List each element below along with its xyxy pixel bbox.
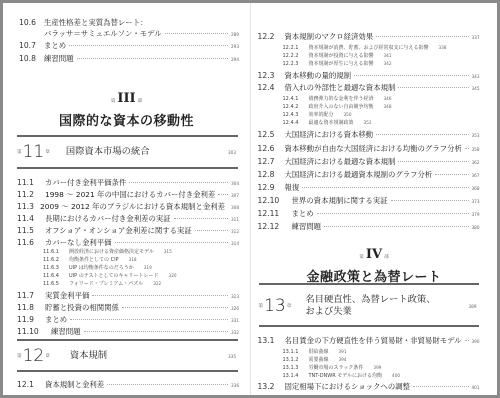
section-title: 生産性格差と実質為替レート：	[44, 17, 147, 28]
leader-dots	[77, 58, 228, 59]
leader-dots	[398, 87, 468, 88]
toc-entry-10-6[interactable]: 10.6 生産性格差と実質為替レート：	[19, 17, 239, 28]
section-title: 1998 〜 2021 年の中国におけるカバー付き金利差	[45, 189, 215, 200]
page-number: 315	[164, 249, 172, 254]
section-title: 2009 〜 2012 年のブラジルにおける資本規制と金利差	[40, 201, 225, 212]
section-number: 11.4	[17, 214, 45, 223]
section-title: 長期におけるカバー付き金利差の実証	[45, 213, 171, 224]
subsection-number: 12.4.1	[283, 96, 309, 102]
page-number: 337	[472, 35, 480, 40]
leader-dots	[115, 242, 228, 243]
toc-subentry-11-6-4[interactable]: 11.6.4UIP のテストとしてのキャリートレード320	[43, 272, 177, 279]
toc-subentry-11-6-1[interactable]: 11.6.1開放経済における資産価格決定モデル315	[43, 248, 172, 255]
page-number: 341	[384, 53, 392, 58]
toc-entry-11-7[interactable]: 11.7 実質金利平価 323	[17, 290, 239, 301]
section-number: 12.1	[17, 380, 45, 389]
divider-rule	[259, 325, 479, 327]
section-title: 資本規制と金利差	[45, 379, 104, 390]
section-number: 11.2	[17, 190, 45, 199]
toc-subentry-13-1-2[interactable]: 13.1.2需要曲線394	[283, 356, 347, 363]
page-number: 289	[231, 32, 239, 37]
leader-dots	[398, 161, 468, 162]
page-number: 293	[231, 44, 239, 49]
section-title: バラッサ＝サミュエルソン・モデル	[44, 28, 162, 39]
page-number: 346	[384, 96, 392, 101]
section-title: 借入れの外部性と最適な資本規制	[285, 82, 396, 93]
section-title: まとめ	[45, 314, 67, 325]
page-number: 350	[344, 112, 352, 117]
subsection-title: UIP は均衡条件なのだろうか	[69, 265, 134, 271]
toc-entry-12-1[interactable]: 12.1 資本規制と金利差 336	[17, 379, 239, 390]
subsection-number: 12.2.3	[283, 61, 309, 67]
page-number: 343	[472, 74, 480, 79]
section-title: まとめ	[292, 208, 314, 219]
section-number: 11.3	[17, 202, 40, 211]
part-prefix: 第	[359, 255, 364, 260]
section-title: 固定相場下におけるショックへの調整	[285, 381, 411, 392]
leader-dots	[376, 36, 468, 37]
page-number: 332	[231, 330, 239, 335]
page-number: 294	[231, 57, 239, 62]
divider-rule	[17, 370, 238, 372]
section-title: まとめ	[44, 40, 66, 51]
toc-entry-10-7[interactable]: 10.7 まとめ 293	[19, 40, 239, 51]
section-number: 12.5	[258, 130, 285, 139]
leader-dots	[302, 187, 468, 188]
subsection-number: 13.1.1	[283, 349, 309, 355]
subsection-number: 11.6.5	[43, 281, 69, 287]
leader-dots	[195, 230, 228, 231]
page-number: 312	[231, 229, 239, 234]
section-number: 10.6	[19, 18, 44, 27]
page-number: 342	[384, 61, 392, 66]
toc-entry-13-1[interactable]: 13.1 名目賃金の下方硬直性を伴う貿易財・非貿易財モデル 390	[258, 335, 480, 346]
subsection-title: UIP のテストとしてのキャリートレード	[69, 273, 159, 279]
section-number: 12.9	[258, 183, 285, 192]
page-number: 390	[472, 339, 480, 344]
part-prefix: 第	[111, 99, 116, 104]
section-number: 12.11	[258, 209, 292, 218]
section-title: カバー付き金利平価条件	[45, 177, 126, 188]
left-page: 10.6 生産性格差と実質為替レート： バラッサ＝サミュエルソン・モデル 289…	[3, 3, 251, 395]
toc-entry-12-12[interactable]: 12.12 練習問題 380	[258, 221, 480, 232]
section-number: 13.1	[258, 336, 285, 345]
section-title: 名目賃金の下方硬直性を伴う貿易財・非貿易財モデル	[285, 335, 462, 346]
subsection-number: 12.4.4	[283, 120, 309, 126]
section-number: 11.5	[17, 226, 45, 235]
section-title: 大国経済における最適資本規制のグラフ分析	[285, 169, 433, 180]
toc-subentry-12-4-3[interactable]: 12.4.3効率的配分350	[283, 111, 352, 118]
chapter-title: 国際資本市場の統合	[66, 146, 150, 158]
page-number: 380	[472, 225, 480, 230]
page-number: 311	[231, 217, 239, 222]
subsection-number: 12.2.2	[283, 53, 309, 59]
chapter-suffix: 章	[45, 353, 50, 359]
section-title: 練習問題	[44, 53, 74, 64]
toc-subentry-12-2-3[interactable]: 12.2.3資本規制が厚生に与える影響342	[283, 60, 392, 67]
toc-entry-13-2[interactable]: 13.2 固定相場下におけるショックへの調整 401	[258, 381, 480, 392]
page-number: 338	[439, 45, 447, 50]
section-number: 12.12	[258, 222, 292, 231]
chapter-prefix: 第	[17, 149, 22, 155]
leader-dots	[317, 213, 469, 214]
toc-entry-11-5[interactable]: 11.5 オフショア・オンショア金利差に関する実証 312	[17, 225, 239, 236]
leader-dots	[324, 226, 468, 227]
section-number: 12.10	[258, 196, 292, 205]
chapter-title: 資本規制	[70, 350, 107, 362]
subsection-title: 資本規制が投資に与える影響	[309, 53, 374, 59]
chapter-suffix: 章	[45, 149, 50, 155]
leader-dots	[122, 307, 228, 308]
section-number: 10.8	[19, 54, 44, 63]
section-title: 資本規制のマクロ経済効果	[285, 31, 374, 42]
toc-subentry-11-6-2[interactable]: 11.6.2均衡条件としての CIP318	[43, 256, 137, 263]
section-title: 練習問題	[292, 221, 322, 232]
page-number: 400	[392, 373, 400, 378]
section-number: 12.2	[258, 32, 285, 41]
page-number: 335	[228, 354, 236, 359]
leader-dots	[69, 45, 228, 46]
chapter-13-heading[interactable]: 第 13 章 名目硬直性、為替レート政策、 および失業 389	[259, 292, 479, 320]
chapter-suffix: 章	[287, 303, 292, 309]
section-title: 報復	[285, 182, 300, 193]
toc-entry-12-2[interactable]: 12.2 資本規制のマクロ経済効果 337	[258, 31, 480, 42]
toc-entry-12-4[interactable]: 12.4 借入れの外部性と最適な資本規制 345	[258, 82, 480, 93]
subsection-title: 均衡条件としての CIP	[69, 257, 119, 263]
subsection-number: 11.6.4	[43, 273, 69, 279]
page-number: 362	[472, 160, 480, 165]
section-title: 世界の資本規制に関する実証	[292, 195, 388, 206]
subsection-title: フォワード・プレミアム・パズル	[69, 281, 143, 287]
leader-dots	[92, 295, 228, 296]
page-number: 399	[373, 365, 381, 370]
toc-entry-12-10[interactable]: 12.10 世界の資本規制に関する実証 373	[258, 195, 480, 206]
page-number: 326	[231, 306, 239, 311]
section-number: 11.1	[17, 178, 45, 187]
leader-dots	[435, 174, 468, 175]
chapter-title-line1: 名目硬直性、為替レート政策、	[305, 294, 435, 306]
divider-rule	[259, 283, 479, 285]
subsection-number: 12.4.2	[283, 104, 309, 110]
toc-entry-10-8[interactable]: 10.8 練習問題 294	[19, 53, 239, 64]
part-heading-3: 第III部 国際的な資本の移動性	[3, 87, 250, 129]
chapter-prefix: 第	[259, 303, 264, 309]
leader-dots	[354, 75, 468, 76]
page-number: 352	[364, 120, 372, 125]
page-number: 389	[469, 304, 477, 309]
page-number: 314	[231, 241, 239, 246]
subsection-number: 11.6.1	[43, 249, 69, 255]
right-page: 12.2 資本規制のマクロ経済効果 337 12.2.1資本規制が消費、貯蓄、お…	[251, 3, 498, 395]
toc-subentry-12-4-4[interactable]: 12.4.4最適な資本規制政策352	[283, 119, 372, 126]
section-number: 10.7	[19, 41, 44, 50]
chapter-number: 11	[23, 142, 45, 162]
section-title: 実質金利平価	[45, 290, 89, 301]
toc-subentry-12-4-2[interactable]: 12.4.2政府介入のない自由競争均衡348	[283, 103, 392, 110]
subsection-title: 効率的配分	[309, 112, 334, 118]
divider-rule	[17, 339, 238, 341]
leader-dots	[413, 386, 469, 387]
toc-entry-10-6-line2[interactable]: バラッサ＝サミュエルソン・モデル 289	[44, 28, 239, 39]
chapter-prefix: 第	[17, 353, 22, 359]
part-roman-numeral: IV	[366, 247, 382, 262]
subsection-title: 労働市場のスラック条件	[309, 365, 364, 371]
divider-rule	[17, 167, 238, 169]
subsection-number: 12.2.1	[283, 45, 309, 51]
section-number: 12.4	[258, 83, 285, 92]
section-number: 11.8	[17, 303, 45, 312]
section-number: 11.7	[17, 291, 45, 300]
book-spread: 10.6 生産性格差と実質為替レート： バラッサ＝サミュエルソン・モデル 289…	[3, 3, 497, 395]
leader-dots	[376, 134, 468, 135]
page-number: 379	[472, 212, 480, 217]
section-title: 大国経済における最適な資本規制	[285, 156, 396, 167]
subsection-title: TNT-DNWR モデルにおける均衡	[309, 373, 383, 379]
section-number: 12.8	[258, 170, 285, 179]
toc-subentry-12-4-1[interactable]: 12.4.1債務弾力的な金利を伴う経済346	[283, 95, 392, 102]
toc-subentry-13-1-1[interactable]: 13.1.1供給曲線391	[283, 348, 347, 355]
chapter-title: 名目硬直性、為替レート政策、 および失業	[305, 294, 435, 318]
leader-dots	[218, 194, 228, 195]
subsection-number: 12.4.3	[283, 112, 309, 118]
subsection-title: 資本規制が厚生に与える影響	[309, 61, 374, 67]
section-title: 練習問題	[51, 326, 81, 337]
page-number: 348	[384, 104, 392, 109]
chapter-number: 12	[23, 346, 45, 366]
page-number: 358	[472, 147, 480, 152]
page-number: 307	[231, 193, 239, 198]
page-number: 308	[231, 205, 239, 210]
subsection-title: 債務弾力的な金利を伴う経済	[309, 96, 374, 102]
toc-entry-12-6[interactable]: 12.6 資本移動が自由な大国経済における均衡のグラフ分析 358	[258, 143, 480, 154]
leader-dots	[391, 200, 469, 201]
toc-entry-12-11[interactable]: 12.11 まとめ 379	[258, 208, 480, 219]
section-number: 13.2	[258, 382, 285, 391]
section-title: 大国経済における資本移動	[285, 129, 374, 140]
toc-entry-11-6[interactable]: 11.6 カバーなし金利平価 314	[17, 237, 239, 248]
toc-subentry-13-1-4[interactable]: 13.1.4TNT-DNWR モデルにおける均衡400	[283, 372, 401, 379]
section-title: 貯蓄と投資の相関関係	[45, 302, 119, 313]
toc-subentry-11-6-5[interactable]: 11.6.5フォワード・プレミアム・パズル322	[43, 280, 161, 287]
page-number: 303	[228, 150, 236, 155]
subsection-number: 13.1.4	[283, 373, 309, 379]
page-number: 401	[472, 385, 480, 390]
section-number: 11.9	[17, 315, 45, 324]
chapter-11-heading[interactable]: 第 11 章 国際資本市場の統合 303	[17, 143, 238, 161]
subsection-title: 需要曲線	[309, 357, 329, 363]
divider-rule	[17, 135, 238, 137]
section-number: 12.6	[258, 144, 285, 153]
page-number: 331	[231, 318, 239, 323]
leader-dots	[165, 33, 228, 34]
page-number: 353	[472, 133, 480, 138]
section-title: 資本移動の量的規制	[285, 70, 352, 81]
page-number: 373	[472, 199, 480, 204]
toc-entry-12-9[interactable]: 12.9 報復 368	[258, 182, 480, 193]
section-number: 12.7	[258, 157, 285, 166]
page-number: 319	[144, 265, 152, 270]
page-number: 368	[472, 186, 480, 191]
page-number: 318	[129, 257, 137, 262]
page-number: 394	[339, 357, 347, 362]
subsection-title: 政府介入のない自由競争均衡	[309, 104, 374, 110]
toc-entry-11-2[interactable]: 11.2 1998 〜 2021 年の中国におけるカバー付き金利差 307	[17, 189, 239, 200]
page-number: 391	[339, 349, 347, 354]
section-title: オフショア・オンショア金利差に関する実証	[45, 225, 192, 236]
toc-entry-12-3[interactable]: 12.3 資本移動の量的規制 343	[258, 70, 480, 81]
subsection-title: 最適な資本規制政策	[309, 120, 354, 126]
part-suffix: 部	[384, 255, 389, 260]
page-number: 336	[231, 383, 239, 388]
page-number: 323	[231, 294, 239, 299]
subsection-title: 供給曲線	[309, 349, 329, 355]
subsection-title: 資本規制が消費、貯蓄、および経常収支に与える影響	[309, 45, 429, 51]
leader-dots	[465, 148, 469, 149]
toc-entry-12-7[interactable]: 12.7 大国経済における最適な資本規制 362	[258, 156, 480, 167]
page-number: 320	[169, 273, 177, 278]
part-roman-numeral: III	[117, 91, 135, 106]
toc-subentry-11-6-3[interactable]: 11.6.3UIP は均衡条件なのだろうか319	[43, 264, 152, 271]
subsection-number: 11.6.3	[43, 265, 69, 271]
section-number: 11.10	[17, 327, 51, 336]
page-number: 322	[153, 281, 161, 286]
chapter-title-line2: および失業	[305, 306, 435, 318]
subsection-number: 13.1.3	[283, 365, 309, 371]
toc-entry-11-10[interactable]: 11.10 練習問題 332	[17, 326, 239, 337]
toc-subentry-13-1-3[interactable]: 13.1.3労働市場のスラック条件399	[283, 364, 382, 371]
part-heading-4: 第IV部 金融政策と為替レート	[251, 243, 498, 285]
leader-dots	[129, 182, 228, 183]
leader-dots	[70, 319, 228, 320]
page-number: 367	[472, 173, 480, 178]
toc-entry-11-8[interactable]: 11.8 貯蓄と投資の相関関係 326	[17, 302, 239, 313]
leader-dots	[84, 331, 228, 332]
page-number: 304	[231, 181, 239, 186]
subsection-title: 開放経済における資産価格決定モデル	[69, 249, 154, 255]
section-number: 11.6	[17, 238, 45, 247]
section-title: カバーなし金利平価	[45, 237, 112, 248]
toc-subentry-12-2-1[interactable]: 12.2.1資本規制が消費、貯蓄、および経常収支に与える影響338	[283, 44, 447, 51]
leader-dots	[107, 384, 228, 385]
leader-dots	[174, 218, 228, 219]
leader-dots	[465, 340, 469, 341]
toc-subentry-12-2-2[interactable]: 12.2.2資本規制が投資に与える影響341	[283, 52, 392, 59]
toc-entry-12-8[interactable]: 12.8 大国経済における最適資本規制のグラフ分析 367	[258, 169, 480, 180]
page-number: 345	[472, 86, 480, 91]
toc-entry-11-4[interactable]: 11.4 長期におけるカバー付き金利差の実証 311	[17, 213, 239, 224]
section-number: 12.3	[258, 71, 285, 80]
toc-entry-11-3[interactable]: 11.3 2009 〜 2012 年のブラジルにおける資本規制と金利差 308	[17, 201, 239, 212]
toc-entry-12-5[interactable]: 12.5 大国経済における資本移動 353	[258, 129, 480, 140]
part-title: 国際的な資本の移動性	[3, 110, 250, 129]
section-title: 資本移動が自由な大国経済における均衡のグラフ分析	[285, 143, 462, 154]
part-suffix: 部	[138, 99, 143, 104]
chapter-number: 13	[264, 296, 286, 316]
subsection-number: 13.1.2	[283, 357, 309, 363]
subsection-number: 11.6.2	[43, 257, 69, 263]
toc-entry-11-1[interactable]: 11.1 カバー付き金利平価条件 304	[17, 177, 239, 188]
chapter-12-heading[interactable]: 第 12 章 資本規制 335	[17, 347, 238, 365]
toc-entry-11-9[interactable]: 11.9 まとめ 331	[17, 314, 239, 325]
